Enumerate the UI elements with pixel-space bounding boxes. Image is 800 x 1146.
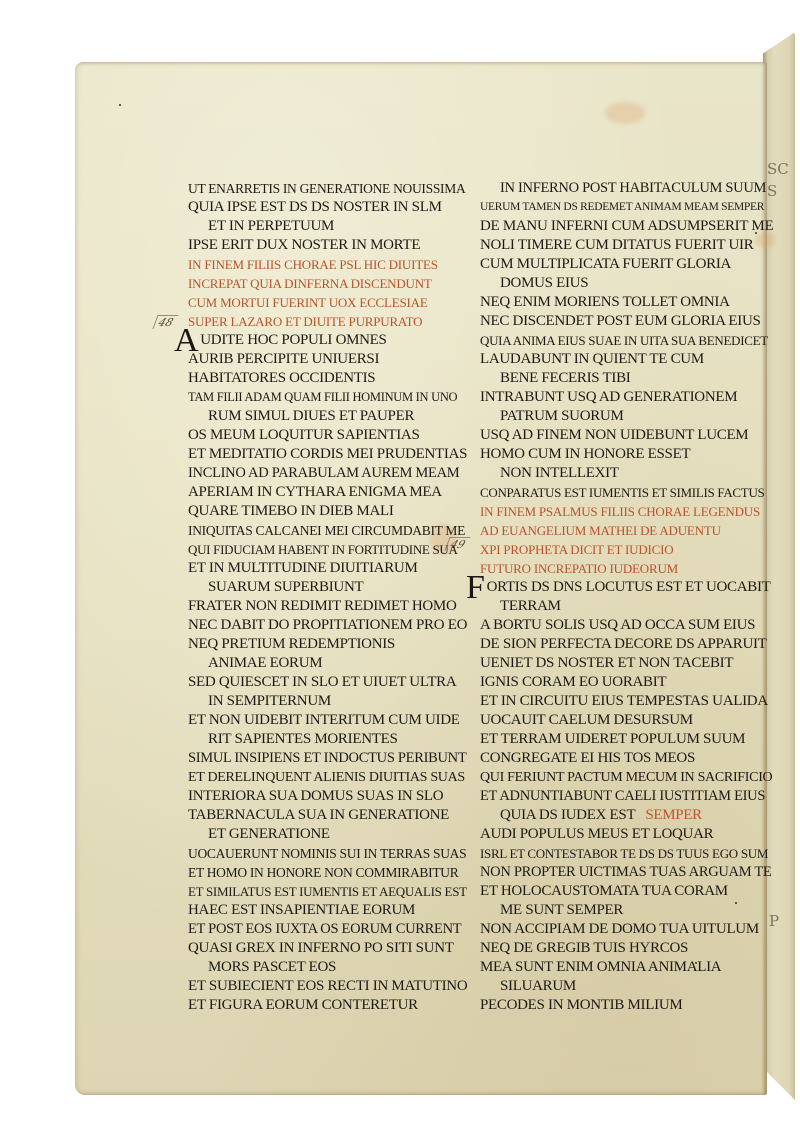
text-line: TABERNACULA SUA IN GENERATIONE — [188, 806, 463, 825]
line-text: QUIA IPSE EST DS DS NOSTER IN SLM — [188, 199, 442, 215]
rubric-line: AD EUANGELIUM MATHEI DE ADUENTU — [480, 521, 770, 540]
line-text: XPI PROPHETA DICIT ET IUDICIO — [480, 542, 673, 557]
line-text: IN SEMPITERNUM — [208, 693, 331, 709]
line-text: AURIB PERCIPITE UNIUERSI — [188, 351, 379, 367]
line-text: DOMUS EIUS — [500, 275, 588, 291]
line-text: INIQUITAS CALCANEI MEI CIRCUMDABIT ME — [188, 523, 465, 538]
text-line: ET SUBIECIENT EOS RECTI IN MATUTINO — [188, 977, 463, 996]
rubric-word: SEMPER — [645, 807, 702, 823]
line-text: NON INTELLEXIT — [500, 465, 619, 481]
line-text: IN FINEM FILIIS CHORAE PSL HIC DIUITES — [188, 257, 438, 272]
line-text: ET TERRAM UIDERET POPULUM SUUM — [480, 731, 745, 747]
text-line: AUDI POPULUS MEUS ET LOQUAR — [480, 825, 770, 844]
line-text: NEQ DE GREGIB TUIS HYRCOS — [480, 940, 688, 956]
text-line: DE SION PERFECTA DECORE DS APPARUIT — [480, 635, 770, 654]
line-text: NEQ PRETIUM REDEMPTIONIS — [188, 636, 395, 652]
text-line: RUM SIMUL DIUES ET PAUPER — [188, 407, 463, 426]
line-text: INCLINO AD PARABULAM AUREM MEAM — [188, 465, 459, 481]
text-line: QUASI GREX IN INFERNO PO SITI SUNT — [188, 939, 463, 958]
text-line: LAUDABUNT IN QUIENT TE CUM — [480, 350, 770, 369]
text-line: RIT SAPIENTES MORIENTES — [188, 730, 463, 749]
line-text: ET IN PERPETUUM — [208, 218, 334, 234]
text-line: DE MANU INFERNI CUM ADSUMPSERIT ME — [480, 217, 770, 236]
line-text: SUPER LAZARO ET DIUITE PURPURATO — [188, 314, 422, 329]
line-text: DE SION PERFECTA DECORE DS APPARUIT — [480, 636, 767, 652]
text-line: ISRL ET CONTESTABOR TE DS DS TUUS EGO SU… — [480, 844, 770, 863]
line-text: SILUARUM — [500, 978, 576, 994]
text-line: HAEC EST INSAPIENTIAE EORUM — [188, 901, 463, 920]
line-text: HOMO CUM IN HONORE ESSET — [480, 446, 690, 462]
line-text: RIT SAPIENTES MORIENTES — [208, 731, 398, 747]
line-text: ET HOMO IN HONORE NON COMMIRABITUR — [188, 865, 458, 880]
text-line: ET DERELINQUENT ALIENIS DIUITIAS SUAS — [188, 768, 463, 787]
line-text: A BORTU SOLIS USQ AD OCCA SUM EIUS — [480, 617, 755, 633]
text-line: MEA SUNT ENIM OMNIA ANIMALIA — [480, 958, 770, 977]
line-text: SIMUL INSIPIENS ET INDOCTUS PERIBUNT — [188, 750, 466, 766]
line-text: IPSE ERIT DUX NOSTER IN MORTE — [188, 237, 420, 253]
text-line: IN SEMPITERNUM — [188, 692, 463, 711]
text-line: OS MEUM LOQUITUR SAPIENTIAS — [188, 426, 463, 445]
line-text: BENE FECERIS TIBI — [500, 370, 630, 386]
stain — [605, 102, 645, 124]
line-text: QUIA DS IUDEX EST — [500, 807, 635, 823]
line-text: FRATER NON REDIMIT REDIMET HOMO — [188, 598, 457, 614]
decorated-initial: A — [174, 331, 198, 350]
text-line: CONPARATUS EST IUMENTIS ET SIMILIS FACTU… — [480, 483, 770, 502]
text-line: ET TERRAM UIDERET POPULUM SUUM — [480, 730, 770, 749]
line-text: UT ENARRETIS IN GENERATIONE NOUISSIMA — [188, 181, 465, 196]
line-text: INTRABUNT USQ AD GENERATIONEM — [480, 389, 737, 405]
text-line: DOMUS EIUS — [480, 274, 770, 293]
text-line: HABITATORES OCCIDENTIS — [188, 369, 463, 388]
text-line: ET IN CIRCUITU EIUS TEMPESTAS UALIDA — [480, 692, 770, 711]
text-line: NON PROPTER UICTIMAS TUAS ARGUAM TE — [480, 863, 770, 882]
text-line: CONGREGATE EI HIS TOS MEOS — [480, 749, 770, 768]
text-line: ET ADNUNTIABUNT CAELI IUSTITIAM EIUS — [480, 787, 770, 806]
text-line: AUDITE HOC POPULI OMNES — [188, 331, 463, 350]
line-text: CONGREGATE EI HIS TOS MEOS — [480, 750, 695, 766]
text-line: ANIMAE EORUM — [188, 654, 463, 673]
line-text: IN INFERNO POST HABITACULUM SUUM — [500, 180, 766, 196]
line-text: INCREPAT QUIA DINFERNA DISCENDUNT — [188, 276, 432, 291]
line-text: ET DERELINQUENT ALIENIS DIUITIAS SUAS — [188, 770, 465, 785]
text-line: CUM MULTIPLICATA FUERIT GLORIA — [480, 255, 770, 274]
text-line: SED QUIESCET IN SLO ET UIUET ULTRA — [188, 673, 463, 692]
line-text: ET HOLOCAUSTOMATA TUA CORAM — [480, 883, 728, 899]
rubric-line: CUM MORTUI FUERINT UOX ECCLESIAE — [188, 293, 463, 312]
line-text: CONPARATUS EST IUMENTIS ET SIMILIS FACTU… — [480, 485, 764, 500]
line-text: UOCAUERUNT NOMINIS SUI IN TERRAS SUAS — [188, 846, 466, 861]
text-line: PECODES IN MONTIB MILIUM — [480, 996, 770, 1015]
line-text: UDITE HOC POPULI OMNES — [200, 332, 386, 348]
text-line: ET NON UIDEBIT INTERITUM CUM UIDE — [188, 711, 463, 730]
text-line: NEQ DE GREGIB TUIS HYRCOS — [480, 939, 770, 958]
text-line: AURIB PERCIPITE UNIUERSI — [188, 350, 463, 369]
line-text: LAUDABUNT IN QUIENT TE CUM — [480, 351, 704, 367]
line-text: ET POST EOS IUXTA OS EORUM CURRENT — [188, 921, 461, 937]
text-line: IN INFERNO POST HABITACULUM SUUM — [480, 179, 770, 198]
line-text: MORS PASCET EOS — [208, 959, 336, 975]
line-text: ET IN CIRCUITU EIUS TEMPESTAS UALIDA — [480, 693, 768, 709]
line-text: TAM FILII ADAM QUAM FILII HOMINUM IN UNO — [188, 390, 457, 404]
speck — [119, 104, 121, 106]
line-text: QUARE TIMEBO IN DIEB MALI — [188, 503, 394, 519]
text-line: INTRABUNT USQ AD GENERATIONEM — [480, 388, 770, 407]
text-line: A BORTU SOLIS USQ AD OCCA SUM EIUS — [480, 616, 770, 635]
text-line: ET MEDITATIO CORDIS MEI PRUDENTIAS — [188, 445, 463, 464]
line-text: ET NON UIDEBIT INTERITUM CUM UIDE — [188, 712, 460, 728]
line-text: SED QUIESCET IN SLO ET UIUET ULTRA — [188, 674, 456, 690]
rubric-line: IN FINEM PSALMUS FILIIS CHORAE LEGENDUS — [480, 502, 770, 521]
text-line: PATRUM SUORUM — [480, 407, 770, 426]
text-line: UOCAUIT CAELUM DESURSUM — [480, 711, 770, 730]
line-text: QUASI GREX IN INFERNO PO SITI SUNT — [188, 940, 454, 956]
line-text: DE MANU INFERNI CUM ADSUMPSERIT ME — [480, 218, 773, 234]
decorated-initial: F — [466, 578, 485, 597]
line-text: NON PROPTER UICTIMAS TUAS ARGUAM TE — [480, 864, 772, 880]
text-line: NEQ ENIM MORIENS TOLLET OMNIA — [480, 293, 770, 312]
rubric-line: SUPER LAZARO ET DIUITE PURPURATO — [188, 312, 463, 331]
line-text: IN FINEM PSALMUS FILIIS CHORAE LEGENDUS — [480, 504, 760, 519]
text-line: TAM FILII ADAM QUAM FILII HOMINUM IN UNO — [188, 388, 463, 407]
line-text: ORTIS DS DNS LOCUTUS EST ET UOCABIT — [487, 579, 771, 595]
line-text: INTERIORA SUA DOMUS SUAS IN SLO — [188, 788, 443, 804]
text-line: TERRAM — [480, 597, 770, 616]
line-text: ET FIGURA EORUM CONTERETUR — [188, 997, 418, 1013]
line-text: ANIMAE EORUM — [208, 655, 322, 671]
line-text: QUIA ANIMA EIUS SUAE IN UITA SUA BENEDIC… — [480, 333, 768, 348]
text-line: QUIA IPSE EST DS DS NOSTER IN SLM — [188, 198, 463, 217]
text-line: FORTIS DS DNS LOCUTUS EST ET UOCABIT — [480, 578, 770, 597]
line-text: NON ACCIPIAM DE DOMO TUA UITULUM — [480, 921, 759, 937]
text-line: ET GENERATIONE — [188, 825, 463, 844]
line-text: ET IN MULTITUDINE DIUITIARUM — [188, 560, 417, 576]
line-text: APERIAM IN CYTHARA ENIGMA MEA — [188, 484, 442, 500]
text-line: FRATER NON REDIMIT REDIMET HOMO — [188, 597, 463, 616]
bleed-text: SC — [767, 160, 789, 178]
line-text: CUM MULTIPLICATA FUERIT GLORIA — [480, 256, 731, 272]
line-text: ET MEDITATIO CORDIS MEI PRUDENTIAS — [188, 446, 467, 462]
text-line: ET IN MULTITUDINE DIUITIARUM — [188, 559, 463, 578]
bleed-text: P — [769, 912, 779, 930]
text-line: INCLINO AD PARABULAM AUREM MEAM — [188, 464, 463, 483]
text-line: ET FIGURA EORUM CONTERETUR — [188, 996, 463, 1015]
line-text: CUM MORTUI FUERINT UOX ECCLESIAE — [188, 295, 428, 310]
text-line: NEC DISCENDET POST EUM GLORIA EIUS — [480, 312, 770, 331]
text-line: UT ENARRETIS IN GENERATIONE NOUISSIMA — [188, 179, 463, 198]
line-text: PATRUM SUORUM — [500, 408, 624, 424]
line-text: HAEC EST INSAPIENTIAE EORUM — [188, 902, 415, 918]
line-text: UOCAUIT CAELUM DESURSUM — [480, 712, 693, 728]
text-line: ET SIMILATUS EST IUMENTIS ET AEQUALIS ES… — [188, 882, 463, 901]
line-text: ET GENERATIONE — [208, 826, 330, 842]
right-text-column: IN INFERNO POST HABITACULUM SUUMUERUM TA… — [480, 179, 770, 1015]
line-text: NEC DABIT DO PROPITIATIONEM PRO EO — [188, 617, 467, 633]
text-line: UERUM TAMEN DS REDEMET ANIMAM MEAM SEMPE… — [480, 198, 770, 217]
line-text: ET SUBIECIENT EOS RECTI IN MATUTINO — [188, 978, 467, 994]
left-text-column: UT ENARRETIS IN GENERATIONE NOUISSIMAQUI… — [188, 179, 463, 1015]
text-line: QUIA ANIMA EIUS SUAE IN UITA SUA BENEDIC… — [480, 331, 770, 350]
line-text: TERRAM — [500, 598, 561, 614]
line-text: NEQ ENIM MORIENS TOLLET OMNIA — [480, 294, 730, 310]
rubric-line: INCREPAT QUIA DINFERNA DISCENDUNT — [188, 274, 463, 293]
text-line: APERIAM IN CYTHARA ENIGMA MEA — [188, 483, 463, 502]
line-text: AUDI POPULUS MEUS ET LOQUAR — [480, 826, 713, 842]
line-text: UERUM TAMEN DS REDEMET ANIMAM MEAM SEMPE… — [480, 201, 764, 213]
text-line: ET IN PERPETUUM — [188, 217, 463, 236]
text-line: INIQUITAS CALCANEI MEI CIRCUMDABIT ME — [188, 521, 463, 540]
text-line: BENE FECERIS TIBI — [480, 369, 770, 388]
text-line: NEQ PRETIUM REDEMPTIONIS — [188, 635, 463, 654]
text-line: NON INTELLEXIT — [480, 464, 770, 483]
line-text: ISRL ET CONTESTABOR TE DS DS TUUS EGO SU… — [480, 846, 768, 861]
text-line: ET HOLOCAUSTOMATA TUA CORAM — [480, 882, 770, 901]
text-line: SILUARUM — [480, 977, 770, 996]
text-line: NOLI TIMERE CUM DITATUS FUERIT UIR — [480, 236, 770, 255]
line-text: NEC DISCENDET POST EUM GLORIA EIUS — [480, 313, 761, 329]
text-line: SUARUM SUPERBIUNT — [188, 578, 463, 597]
text-line: QUI FERIUNT PACTUM MECUM IN SACRIFICIO — [480, 768, 770, 787]
rubric-line: FUTURO INCREPATIO IUDEORUM — [480, 559, 770, 578]
text-line: QUARE TIMEBO IN DIEB MALI — [188, 502, 463, 521]
line-text: ET ADNUNTIABUNT CAELI IUSTITIAM EIUS — [480, 788, 765, 804]
line-text: RUM SIMUL DIUES ET PAUPER — [208, 408, 414, 424]
line-text: QUI FERIUNT PACTUM MECUM IN SACRIFICIO — [480, 770, 772, 785]
text-line: NON ACCIPIAM DE DOMO TUA UITULUM — [480, 920, 770, 939]
line-text: UENIET DS NOSTER ET NON TACEBIT — [480, 655, 733, 671]
text-line: HOMO CUM IN HONORE ESSET — [480, 445, 770, 464]
text-line: IPSE ERIT DUX NOSTER IN MORTE — [188, 236, 463, 255]
text-line: NEC DABIT DO PROPITIATIONEM PRO EO — [188, 616, 463, 635]
text-line: ET HOMO IN HONORE NON COMMIRABITUR — [188, 863, 463, 882]
line-text: OS MEUM LOQUITUR SAPIENTIAS — [188, 427, 420, 443]
line-text: TABERNACULA SUA IN GENERATIONE — [188, 807, 449, 823]
text-line: IGNIS CORAM EO UORABIT — [480, 673, 770, 692]
line-text: MEA SUNT ENIM OMNIA ANIMALIA — [480, 959, 721, 975]
text-line: UENIET DS NOSTER ET NON TACEBIT — [480, 654, 770, 673]
text-line: QUI FIDUCIAM HABENT IN FORTITUDINE SUA — [188, 540, 463, 559]
text-line: USQ AD FINEM NON UIDEBUNT LUCEM — [480, 426, 770, 445]
line-text: NOLI TIMERE CUM DITATUS FUERIT UIR — [480, 237, 753, 253]
line-text: QUI FIDUCIAM HABENT IN FORTITUDINE SUA — [188, 542, 458, 557]
line-text: ET SIMILATUS EST IUMENTIS ET AEQUALIS ES… — [188, 884, 467, 899]
text-line: ME SUNT SEMPER — [480, 901, 770, 920]
rubric-line: XPI PROPHETA DICIT ET IUDICIO — [480, 540, 770, 559]
line-text: FUTURO INCREPATIO IUDEORUM — [480, 561, 678, 576]
manuscript-page: 48 49 UT ENARRETIS IN GENERATIONE NOUISS… — [75, 62, 767, 1095]
line-text: SUARUM SUPERBIUNT — [208, 579, 363, 595]
line-text: HABITATORES OCCIDENTIS — [188, 370, 375, 386]
line-text: AD EUANGELIUM MATHEI DE ADUENTU — [480, 523, 721, 538]
line-text: PECODES IN MONTIB MILIUM — [480, 997, 682, 1013]
line-text: ME SUNT SEMPER — [500, 902, 623, 918]
text-line: ET POST EOS IUXTA OS EORUM CURRENT — [188, 920, 463, 939]
line-text: USQ AD FINEM NON UIDEBUNT LUCEM — [480, 427, 748, 443]
text-line: MORS PASCET EOS — [188, 958, 463, 977]
text-line: QUIA DS IUDEX ESTSEMPER — [480, 806, 770, 825]
rubric-line: IN FINEM FILIIS CHORAE PSL HIC DIUITES — [188, 255, 463, 274]
text-line: INTERIORA SUA DOMUS SUAS IN SLO — [188, 787, 463, 806]
line-text: IGNIS CORAM EO UORABIT — [480, 674, 666, 690]
text-line: SIMUL INSIPIENS ET INDOCTUS PERIBUNT — [188, 749, 463, 768]
text-line: UOCAUERUNT NOMINIS SUI IN TERRAS SUAS — [188, 844, 463, 863]
